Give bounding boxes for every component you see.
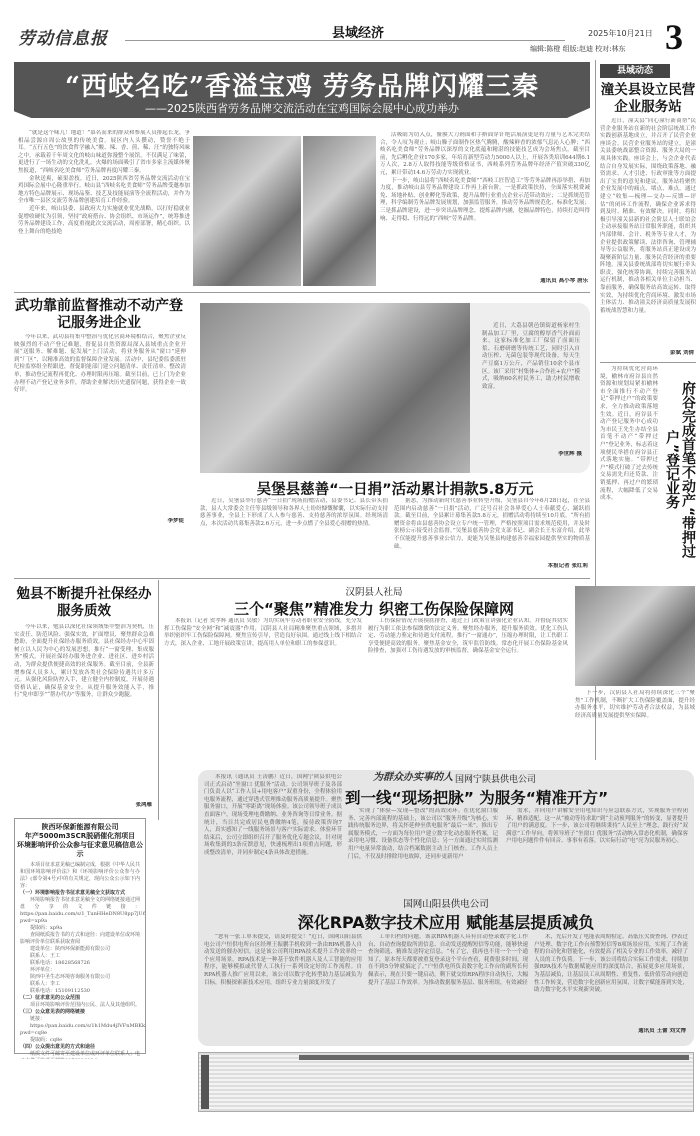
masthead-logo: 劳动信息报 [18,24,108,49]
column-divider [158,580,159,820]
photo-credit: 李世辉 摄 [470,451,590,459]
ads-side-label [201,1055,209,1109]
section-title: 县域经济 [332,22,384,41]
shanyang-article-col2: 工单归档的问题。该款RPA机器人具有自动登录数字化工作台、自动查询提取所需信息、… [368,934,528,1034]
shanyang-kicker: 国网山阳县供电公司 [200,896,692,910]
divider [14,578,590,579]
service-station-photo [575,586,695,686]
hanyin-kicker: 汉阴县人社局 [164,584,584,598]
notice-project: 年产5000m3SCR脱硝催化剂项目 [15,832,145,841]
wugong-headline: 武功靠前监督推动不动产登记服务进企业 [14,298,184,332]
ningshan-kicker: 国网宁陕县供电公司 [455,772,635,785]
lead-headline: “西岐名吃”香溢宝鸡 劳务品牌闪耀三秦 [22,66,582,103]
eia-public-notice: 陕西环保新能源有限公司 年产5000m3SCR脱硝催化剂项目 环境影响评价公众参… [14,818,146,1054]
issue-date: 2025年10月21日 [588,28,653,39]
shanyang-article-col1: “您有一张工单未提交，请及时提交！”近日，国网山阳县供电公司户恒供电所台区经理王… [204,934,362,1034]
lead-photo-steam [303,136,376,286]
ningshan-article-col2: 实现了“体验—发现—整改”的高效闭环。在优化窗口服务、完善内部流程的基础上，该公… [348,808,498,888]
tongguan-headline: 潼关县设立民营企业服务站 [600,82,696,116]
hanyin-article-col2: 工伤保险情况开展摸底排查，通过上门政策宣讲强化企业认知，并督促其切实履行为职工依… [368,618,568,756]
ningshan-article-col3: 需求，并向用户讲解安全用电知识与应急联系方式，实现服务全程闭环、精准适配。这一从… [506,808,688,888]
editor-credits: 编辑:陈橙 组版:赵迪 校对:林东 [530,44,626,54]
shanyang-byline: 通讯员 王蕾 刘文博 [534,1028,686,1037]
wubao-article-col1: 近日，吴堡县举行慈善“一日捐”现场捐赠活动，县委书记、县长带头捐款，县人大常委会… [200,498,388,570]
hanyin-article-col3: 下一步，汉阴县人社局将持续深化三个“聚焦”工作机制，不断扩大工伤保险覆盖面，提升… [575,690,695,754]
mianxian-headline: 勉县不断提升社保经办服务质效 [14,586,154,620]
fugu-headline: 府谷完成首笔不动产“带押过户”登记业务 [660,370,696,570]
photo-caption-panel: 近日，大荔县朝邑镇街道杨家村生制品加工厂里，豆腐的醇厚香气扑面而来。这家标准化加… [470,303,590,473]
lead-byline: 通讯员 高小琴 唐乐 [430,278,588,287]
lead-banner: “西岐名吃”香溢宝鸡 劳务品牌闪耀三秦 ——2025陕西省劳务品牌交流活动在宝鸡… [14,62,590,118]
page-number: 3 [665,16,683,58]
wugong-article: 今年以来，武功县将集中整治与优化营商环境相结合，聚焦企业反映强烈的不动产登记难题… [14,334,186,518]
photo-caption: 近日，大荔县朝邑镇街道杨家村生制品加工厂里，豆腐的醇厚香气扑面而来。这家标准化加… [470,303,590,451]
lead-photo-chefs [193,136,301,286]
tongguan-byline: 彭斌 刘倩 [600,350,694,359]
tongguan-article: 近日，潼关县“同心潼行新商帮”民营企业服务站在新的社会阶层统战工作实践创新基地成… [600,118,696,334]
notice-link[interactable]: https://pan.baidu.com/s/1h1Mdu4jIVFnMBKk… [20,1023,140,1037]
lead-article-col1: “就是这个味儿！地道！”慕名而来的群众和参展人员排起长龙，争相品尝源自周公故里的… [18,130,190,288]
lead-article-col2: 活吸睛为切入点，鳌膜大刀剁面和手擀面穿针绝活展演更是将力量与艺术完美结合，令人叹… [380,132,590,278]
classified-ads-strip [198,1052,694,1112]
section-tag: 县域动态 [600,64,670,78]
ads-header-bar [299,1055,689,1060]
ningshan-headline: 到一线“现场把脉” 为服务“精准开方” [345,786,695,808]
wugong-byline: 李梦徒 [14,518,184,527]
wubao-byline: 本报记者 张红莉 [430,563,588,572]
hanyin-headline: 三个“聚焦”精准发力 织密工伤保险保障网 [164,598,584,619]
hanyin-article-col1: 本报讯（记者 贺孝辉 通讯员 吴敏）为切实筑牢劳动者职业安全防线，充分发挥工伤保… [164,618,362,756]
notice-company: 陕西环保新能源有限公司 [15,823,145,832]
wubao-headline: 吴堡县慈善“一日捐”活动累计捐款5.8万元 [200,478,590,499]
mianxian-byline: 张鸿雁 [14,802,152,811]
notice-title: 环境影响评价公众参与征求意见稿信息公示 [15,841,145,859]
mianxian-article: 今年以来，勉县以深化社保领域集中整治为契机，压实责任、防范风险、强保实效，扩面增… [14,624,154,800]
tofu-factory-photo [200,303,470,473]
divider [600,362,696,363]
wubao-article-col2: 据悉，为推动新时代慈善事业转型升级，吴堡县自今年6月28日起，在全县范围内启动慈… [394,498,590,562]
shanyang-article-col3: 术，先后开发了电能表周期检定、高低压欠费查询、抄表过户处理、数字化工作台预警短信… [534,934,688,1026]
column-logo: 为群众办实事的人 [373,768,453,783]
lead-subheadline: ——2025陕西省劳务品牌交流活动在宝鸡国际会展中心成功举办 [14,100,590,116]
divider [14,292,590,293]
ningshan-article-col1: 本报讯（通讯员 王涛鹏）近日，国网宁陕县供电公司正式启动“坐窗口 优服务”活动。… [204,774,342,888]
shanyang-headline: 深化RPA数字技术应用 赋能基层提质减负 [200,910,692,933]
